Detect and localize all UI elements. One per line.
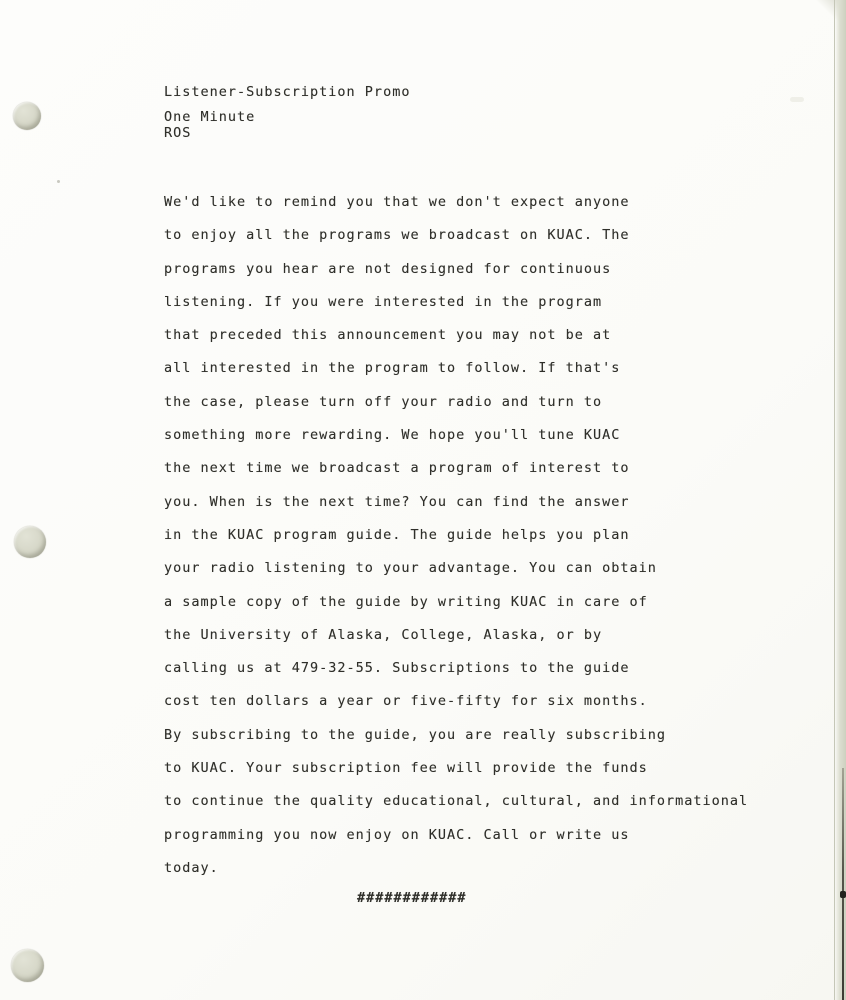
body-line: cost ten dollars a year or five-fifty fo… [164,685,804,718]
body-line: something more rewarding. We hope you'll… [164,419,804,452]
body-line: a sample copy of the guide by writing KU… [164,586,804,619]
body-line: By subscribing to the guide, you are rea… [164,719,804,752]
body-line: programming you now enjoy on KUAC. Call … [164,819,804,852]
scan-speck [57,180,60,183]
document-title: Listener-Subscription Promo [164,84,410,100]
document-duration: One Minute [164,109,255,125]
body-line: the next time we broadcast a program of … [164,452,804,485]
hole-punch-top [13,102,41,130]
body-line: today. [164,852,804,885]
hole-punch-bottom [11,949,44,982]
body-line: you. When is the next time? You can find… [164,486,804,519]
body-line: your radio listening to your advantage. … [164,552,804,585]
page-edge-mark [840,891,846,898]
body-line: to continue the quality educational, cul… [164,785,804,818]
body-line: We'd like to remind you that we don't ex… [164,186,804,219]
body-line: the case, please turn off your radio and… [164,386,804,419]
page-edge-line [842,768,844,1000]
hole-punch-middle [14,526,46,558]
body-line: in the KUAC program guide. The guide hel… [164,519,804,552]
body-line: calling us at 479-32-55. Subscriptions t… [164,652,804,685]
body-line: to enjoy all the programs we broadcast o… [164,219,804,252]
body-line: that preceded this announcement you may … [164,319,804,352]
body-line: all interested in the program to follow.… [164,352,804,385]
document-body: We'd like to remind you that we don't ex… [164,186,804,885]
body-line: programs you hear are not designed for c… [164,253,804,286]
scan-smudge [790,97,804,102]
page-edge-shadow [834,0,846,1000]
body-line: listening. If you were interested in the… [164,286,804,319]
body-line: to KUAC. Your subscription fee will prov… [164,752,804,785]
scanned-document-page: Listener-Subscription Promo One Minute R… [0,0,846,1000]
body-line: the University of Alaska, College, Alask… [164,619,804,652]
end-of-copy-mark: ############ [357,890,467,906]
document-schedule: ROS [164,125,191,141]
